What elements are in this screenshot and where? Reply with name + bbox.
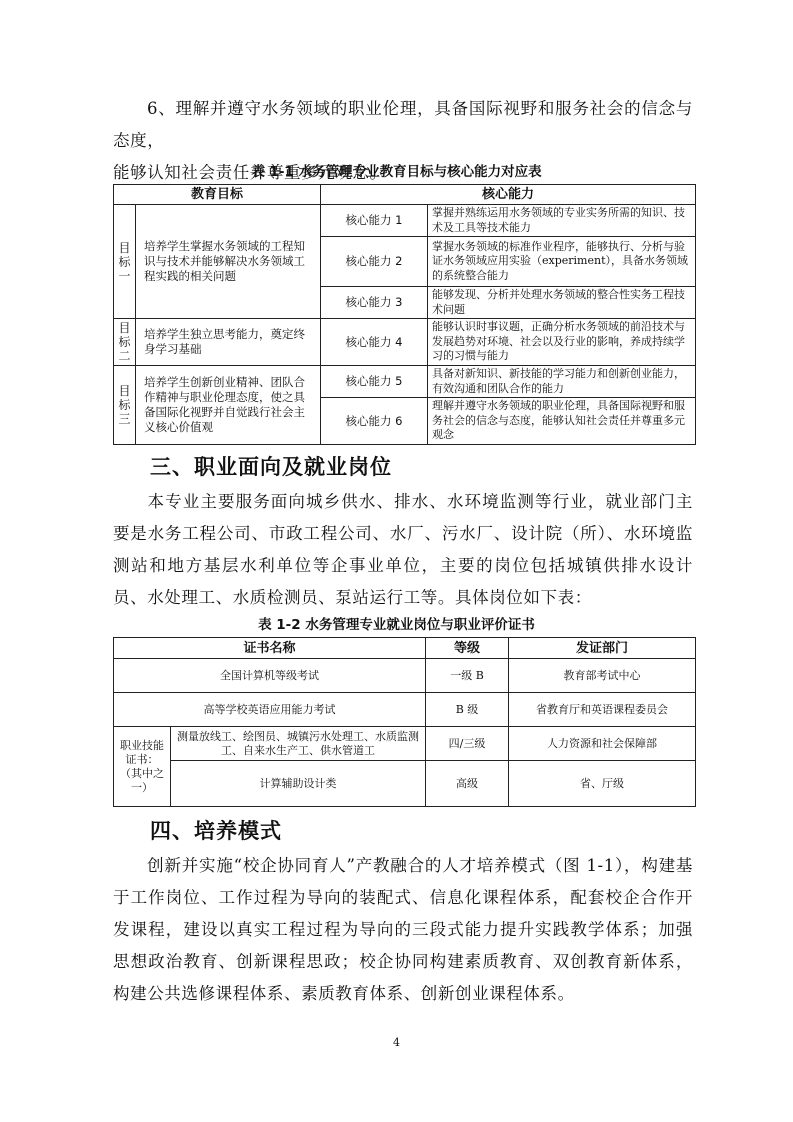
skill-cert-2-level: 高级 bbox=[426, 761, 509, 807]
cert-2-issuer: 省教育厅和英语课程委员会 bbox=[509, 693, 696, 727]
ability-2-description: 掌握水务领域的标准作业程序，能够执行、分析与验证水务领域应用实验（experim… bbox=[428, 237, 696, 287]
page-number: 4 bbox=[0, 1036, 793, 1049]
section4-body: 创新并实施“校企协同育人”产教融合的人才培养模式（图 1-1），构建基于工作岗位… bbox=[113, 850, 693, 1010]
goal-2-description: 培养学生独立思考能力，奠定终身学习基础 bbox=[136, 319, 321, 366]
goal-2-label: 目标二 bbox=[114, 319, 136, 366]
skill-cert-group-label: 职业技能证书：（其中之一） bbox=[114, 727, 171, 807]
table1-caption: 表 1-1 水务管理专业教育目标与核心能力对应表 bbox=[0, 160, 793, 180]
ability-4-description: 能够认识时事议题，正确分析水务领域的前沿技术与发展趋势对环境、社会以及行业的影响… bbox=[428, 319, 696, 366]
section3-body: 本专业主要服务面向城乡供水、排水、水环境监测等行业，就业部门主要是水务工程公司、… bbox=[113, 486, 693, 614]
skill-cert-2-name: 计算辅助设计类 bbox=[171, 761, 426, 807]
ability-6-description: 理解并遵守水务领域的职业伦理，具备国际视野和服务社会的信念与态度，能够认知社会责… bbox=[428, 398, 696, 445]
goal-3-description: 培养学生创新创业精神、团队合作精神与职业伦理态度，使之具备国际化视野并自觉践行社… bbox=[136, 366, 321, 445]
ability-1-description: 掌握并熟练运用水务领域的专业实务所需的知识、技术及工具等技术能力 bbox=[428, 205, 696, 237]
ability-3-description: 能够发现、分析并处理水务领域的整合性实务工程技术问题 bbox=[428, 287, 696, 319]
cert-2-level: B 级 bbox=[426, 693, 509, 727]
skill-cert-1-issuer: 人力资源和社会保障部 bbox=[509, 727, 696, 761]
document-page: 6、理解并遵守水务领域的职业伦理，具备国际视野和服务社会的信念与态度， 能够认知… bbox=[0, 0, 793, 1122]
goal-1-label: 目标一 bbox=[114, 205, 136, 319]
ability-3-name: 核心能力 3 bbox=[321, 287, 428, 319]
header-level: 等级 bbox=[426, 638, 509, 659]
header-certificate-name: 证书名称 bbox=[114, 638, 426, 659]
cert-1-issuer: 教育部考试中心 bbox=[509, 659, 696, 693]
section3-heading: 三、职业面向及就业岗位 bbox=[150, 451, 392, 481]
goal-1-description: 培养学生掌握水务领域的工程知识与技术并能够解决水务领域工程实践的相关问题 bbox=[136, 205, 321, 319]
skill-cert-1-name: 测量放线工、绘图员、城镇污水处理工、水质监测工、自来水生产工、供水管道工 bbox=[171, 727, 426, 761]
goals-abilities-table: 教育目标 核心能力 目标一 培养学生掌握水务领域的工程知识与技术并能够解决水务领… bbox=[113, 184, 696, 445]
skill-cert-2-issuer: 省、厅级 bbox=[509, 761, 696, 807]
table2-caption: 表 1-2 水务管理专业就业岗位与职业评价证书 bbox=[0, 613, 793, 633]
section3-text: 本专业主要服务面向城乡供水、排水、水环境监测等行业，就业部门主要是水务工程公司、… bbox=[113, 492, 693, 607]
section4-heading: 四、培养模式 bbox=[150, 815, 282, 845]
ability-6-name: 核心能力 6 bbox=[321, 398, 428, 445]
cert-2-name: 高等学校英语应用能力考试 bbox=[114, 693, 426, 727]
header-goal: 教育目标 bbox=[114, 185, 321, 205]
skill-cert-1-level: 四/三级 bbox=[426, 727, 509, 761]
certificates-table: 证书名称 等级 发证部门 全国计算机等级考试 一级 B 教育部考试中心 高等学校… bbox=[113, 637, 696, 807]
ability-2-name: 核心能力 2 bbox=[321, 237, 428, 287]
ability-5-name: 核心能力 5 bbox=[321, 366, 428, 398]
cert-1-name: 全国计算机等级考试 bbox=[114, 659, 426, 693]
ability-5-description: 具备对新知识、新技能的学习能力和创新创业能力，有效沟通和团队合作的能力 bbox=[428, 366, 696, 398]
header-issuer: 发证部门 bbox=[509, 638, 696, 659]
ability-1-name: 核心能力 1 bbox=[321, 205, 428, 237]
section4-text: 创新并实施“校企协同育人”产教融合的人才培养模式（图 1-1），构建基于工作岗位… bbox=[113, 856, 693, 1003]
header-ability: 核心能力 bbox=[321, 185, 696, 205]
goal-3-label: 目标三 bbox=[114, 366, 136, 445]
cert-1-level: 一级 B bbox=[426, 659, 509, 693]
ability-4-name: 核心能力 4 bbox=[321, 319, 428, 366]
intro-line-1: 6、理解并遵守水务领域的职业伦理，具备国际视野和服务社会的信念与态度， bbox=[113, 99, 693, 150]
